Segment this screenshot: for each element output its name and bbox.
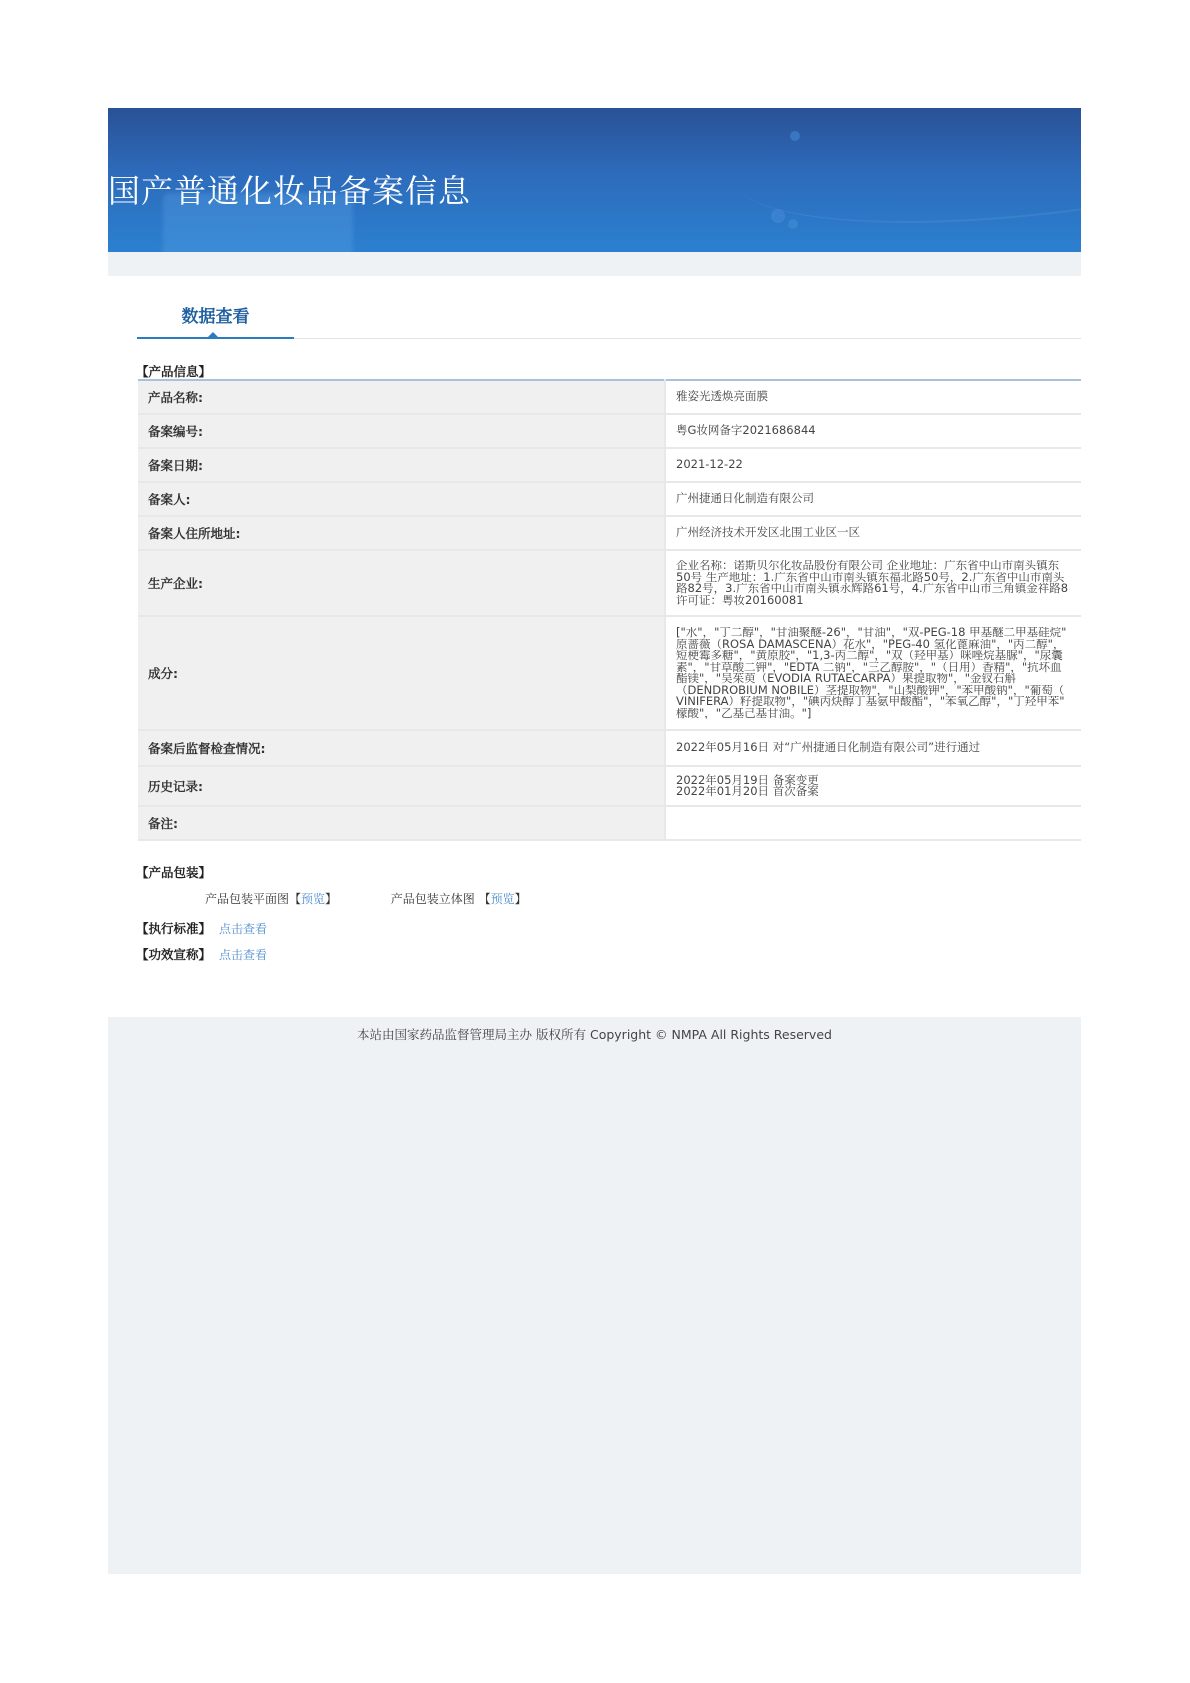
row-label: 备案人: bbox=[138, 482, 665, 516]
efficacy-row: 【功效宣称】点击查看 bbox=[136, 945, 1081, 963]
tab-active-underline bbox=[137, 337, 294, 339]
table-row: 备注: bbox=[138, 806, 1081, 840]
row-value bbox=[665, 806, 1081, 840]
row-value-history: 2022年05月19日 备案变更 2022年01月20日 首次备案 bbox=[665, 766, 1081, 806]
table-row: 成分: ["水"，"丁二醇"，"甘油聚醚-26"，"甘油"，"双-PEG-18 … bbox=[138, 616, 1081, 730]
row-label: 生产企业: bbox=[138, 550, 665, 616]
row-label: 产品名称: bbox=[138, 380, 665, 414]
row-label: 备案人住所地址: bbox=[138, 516, 665, 550]
page-title: 国产普通化妆品备案信息 bbox=[108, 166, 471, 212]
row-label: 备案编号: bbox=[138, 414, 665, 448]
banner-decoration bbox=[790, 131, 800, 141]
row-label: 备案后监督检查情况: bbox=[138, 730, 665, 766]
value-line: 短梗霉多糖"，"黄原胶"，"1,3-丙二醇"，"双（羟甲基）咪唑烷基脲"，"尿囊 bbox=[676, 650, 1076, 662]
value-line: 企业名称：诺斯贝尔化妆品股份有限公司 企业地址：广东省中山市南头镇东 bbox=[676, 560, 1076, 572]
value-line: 路82号，3.广东省中山市南头镇永辉路61号，4.广东省中山市三角镇金祥路8 bbox=[676, 583, 1076, 595]
banner-spacer bbox=[108, 252, 1081, 276]
footer: 本站由国家药品监督管理局主办 版权所有 Copyright © NMPA All… bbox=[108, 1017, 1081, 1574]
efficacy-view-link[interactable]: 点击查看 bbox=[219, 948, 267, 962]
table-row: 备案后监督检查情况: 2022年05月16日 对“广州捷通日化制造有限公司”进行… bbox=[138, 730, 1081, 766]
banner-decoration bbox=[788, 219, 798, 229]
tab-label: 数据查看 bbox=[137, 302, 294, 327]
flat-image-label: 产品包装平面图 bbox=[205, 892, 289, 906]
section-title-efficacy: 【功效宣称】 bbox=[136, 947, 211, 962]
value-line: 素"，"甘草酸二钾"，"EDTA 二钠"，"三乙醇胺"，"（日用）香精"，"抗坏… bbox=[676, 662, 1076, 674]
table-row: 历史记录: 2022年05月19日 备案变更 2022年01月20日 首次备案 bbox=[138, 766, 1081, 806]
row-value-ingredients: ["水"，"丁二醇"，"甘油聚醚-26"，"甘油"，"双-PEG-18 甲基醚二… bbox=[665, 616, 1081, 730]
bracket: 】 bbox=[325, 892, 337, 906]
solid-image-preview-link[interactable]: 预览 bbox=[491, 892, 515, 906]
table-row: 生产企业: 企业名称：诺斯贝尔化妆品股份有限公司 企业地址：广东省中山市南头镇东… bbox=[138, 550, 1081, 616]
value-line: 许可证：粤妆20160081 bbox=[676, 595, 1076, 607]
solid-image-label: 产品包装立体图 bbox=[391, 892, 475, 906]
bracket: 【 bbox=[479, 892, 491, 906]
table-row: 备案人: 广州捷通日化制造有限公司 bbox=[138, 482, 1081, 516]
row-label: 备案日期: bbox=[138, 448, 665, 482]
section-title-packaging: 【产品包装】 bbox=[136, 863, 1081, 881]
history-entry: 2022年01月20日 首次备案 bbox=[676, 786, 1081, 798]
header-banner: 国产普通化妆品备案信息 bbox=[108, 108, 1081, 252]
row-value: 粤G妆网备字2021686844 bbox=[665, 414, 1081, 448]
banner-decoration bbox=[720, 108, 1081, 252]
caret-up-icon bbox=[208, 332, 218, 337]
table-row: 备案日期: 2021-12-22 bbox=[138, 448, 1081, 482]
row-value: 2022年05月16日 对“广州捷通日化制造有限公司”进行通过 bbox=[665, 730, 1081, 766]
product-info-table: 产品名称: 雅姿光透焕亮面膜 备案编号: 粤G妆网备字2021686844 备案… bbox=[138, 379, 1081, 841]
banner-decoration bbox=[771, 209, 785, 223]
row-value: 2021-12-22 bbox=[665, 448, 1081, 482]
row-label: 成分: bbox=[138, 616, 665, 730]
row-label: 历史记录: bbox=[138, 766, 665, 806]
table-row: 备案编号: 粤G妆网备字2021686844 bbox=[138, 414, 1081, 448]
row-value: 广州捷通日化制造有限公司 bbox=[665, 482, 1081, 516]
standard-row: 【执行标准】点击查看 bbox=[136, 919, 1081, 937]
bracket: 【 bbox=[289, 892, 301, 906]
copyright-text: 本站由国家药品监督管理局主办 版权所有 Copyright © NMPA All… bbox=[108, 1025, 1081, 1043]
flat-image-preview-link[interactable]: 预览 bbox=[301, 892, 325, 906]
value-line: 50号 生产地址：1.广东省中山市南头镇东福北路50号，2.广东省中山市南头 bbox=[676, 572, 1076, 584]
value-line: 酯镁"，"吴茱萸（EVODIA RUTAECARPA）果提取物"，"金钗石斛 bbox=[676, 673, 1076, 685]
bracket: 】 bbox=[515, 892, 527, 906]
section-title-standard: 【执行标准】 bbox=[136, 921, 211, 936]
value-line: 原蔷薇（ROSA DAMASCENA）花水"，"PEG-40 氢化蓖麻油"，"丙… bbox=[676, 639, 1076, 651]
table-row: 产品名称: 雅姿光透焕亮面膜 bbox=[138, 380, 1081, 414]
tab-bar: 数据查看 bbox=[137, 276, 1081, 339]
section-title-product-info: 【产品信息】 bbox=[136, 362, 1081, 379]
value-line: 檬酸"，"乙基己基甘油。"] bbox=[676, 708, 1076, 720]
row-label: 备注: bbox=[138, 806, 665, 840]
page-container: 国产普通化妆品备案信息 数据查看 【产品信息】 产品名称: 雅姿光透焕亮面膜 备… bbox=[108, 108, 1081, 963]
tab-data-view[interactable]: 数据查看 bbox=[137, 276, 294, 338]
table-row: 备案人住所地址: 广州经济技术开发区北围工业区一区 bbox=[138, 516, 1081, 550]
value-line: VINIFERA）籽提取物"，"碘丙炔醇丁基氨甲酸酯"，"苯氧乙醇"，"丁羟甲苯… bbox=[676, 696, 1076, 708]
standard-view-link[interactable]: 点击查看 bbox=[219, 922, 267, 936]
row-value: 广州经济技术开发区北围工业区一区 bbox=[665, 516, 1081, 550]
row-value: 雅姿光透焕亮面膜 bbox=[665, 380, 1081, 414]
packaging-links: 产品包装平面图【预览】 产品包装立体图 【预览】 bbox=[205, 890, 1081, 907]
value-line: ["水"，"丁二醇"，"甘油聚醚-26"，"甘油"，"双-PEG-18 甲基醚二… bbox=[676, 627, 1076, 639]
row-value-manufacturer: 企业名称：诺斯贝尔化妆品股份有限公司 企业地址：广东省中山市南头镇东 50号 生… bbox=[665, 550, 1081, 616]
value-line: （DENDROBIUM NOBILE）茎提取物"，"山梨酸钾"，"苯甲酸钠"，"… bbox=[676, 685, 1076, 697]
